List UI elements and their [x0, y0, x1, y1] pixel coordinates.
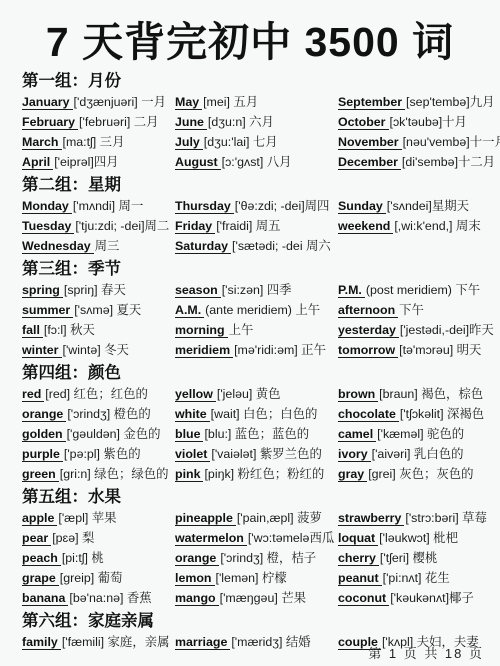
- word-entry: October[ɔk'təubə]十月: [338, 112, 500, 132]
- word-column: red[red] 红色；红色的orange['ɔrindʒ] 橙色的golden…: [22, 384, 175, 484]
- group-heading: 第一组：月份: [22, 72, 494, 91]
- word-entry: violet['vaiələt] 紫罗兰色的: [175, 444, 338, 464]
- word-entry: brown[braun] 褐色，棕色: [338, 384, 494, 404]
- group-section: 第一组：月份January['dʒænjuəri] 一月February['fe…: [22, 72, 494, 172]
- page-title: 7 天背完初中 3500 词: [0, 0, 500, 68]
- word-text: April: [22, 155, 53, 170]
- word-details: ['jeləu] 黄色: [217, 387, 281, 401]
- word-details: ['ɔrindʒ] 橙，桔子: [220, 551, 316, 565]
- word-entry: golden['gəuldən] 金色的: [22, 424, 175, 444]
- word-column: family['fæmili] 家庭，亲属: [22, 632, 175, 652]
- word-entry: season['si:zən] 四季: [175, 280, 338, 300]
- word-entry: chocolate['tʃɔkəlit] 深褐色: [338, 404, 494, 424]
- word-text: camel: [338, 427, 376, 442]
- word-text: brown: [338, 387, 378, 402]
- word-details: [pɛə] 梨: [52, 531, 94, 545]
- word-entry: yesterday['jestədi,-dei]昨天: [338, 320, 494, 340]
- word-text: mango: [175, 591, 219, 606]
- word-text: spring: [22, 283, 63, 298]
- word-entry: February['februəri] 二月: [22, 112, 175, 132]
- word-details: [grei] 灰色；灰色的: [368, 467, 473, 481]
- word-details: ['strɔ:bəri] 草莓: [405, 511, 487, 525]
- word-details: (ante meridiem) 上午: [205, 303, 320, 317]
- word-details: ['æpl] 苹果: [58, 511, 116, 525]
- word-details: [piŋk] 粉红色；粉红的: [204, 467, 324, 481]
- word-details: [braun] 褐色，棕色: [379, 387, 483, 401]
- word-text: Wednesday: [22, 239, 94, 254]
- word-text: winter: [22, 343, 62, 358]
- word-entry: mango['mæŋgəu] 芒果: [175, 588, 338, 608]
- word-text: peanut: [338, 571, 382, 586]
- word-text: green: [22, 467, 59, 482]
- word-text: purple: [22, 447, 63, 462]
- word-details: (post meridiem) 下午: [366, 283, 480, 297]
- group-section: 第三组：季节spring[spriŋ] 春天summer['sʌmə] 夏天fa…: [22, 260, 494, 360]
- word-column: apple['æpl] 苹果pear[pɛə] 梨peach[pi:tʃ] 桃g…: [22, 508, 175, 608]
- word-text: May: [175, 95, 202, 110]
- group-heading: 第四组：颜色: [22, 364, 494, 383]
- word-details: ['mæŋgəu] 芒果: [220, 591, 306, 605]
- word-text: June: [175, 115, 207, 130]
- word-entry: peach[pi:tʃ] 桃: [22, 548, 175, 568]
- word-text: morning: [175, 323, 228, 338]
- word-text: meridiem: [175, 343, 233, 358]
- word-text: marriage: [175, 635, 230, 650]
- word-text: yesterday: [338, 323, 399, 338]
- word-text: Tuesday: [22, 219, 74, 234]
- word-text: coconut: [338, 591, 389, 606]
- word-entry: spring[spriŋ] 春天: [22, 280, 175, 300]
- word-details: ['gəuldən] 金色的: [67, 427, 161, 441]
- word-text: Friday: [175, 219, 215, 234]
- word-entry: blue[blu:] 蓝色；蓝色的: [175, 424, 338, 444]
- word-entry: March[ma:tʃ] 三月: [22, 132, 175, 152]
- word-details: ['wintə] 冬天: [63, 343, 129, 357]
- word-text: yellow: [175, 387, 216, 402]
- group-section: 第四组：颜色red[red] 红色；红色的orange['ɔrindʒ] 橙色的…: [22, 364, 494, 484]
- word-entry: green[gri:n] 绿色；绿色的: [22, 464, 175, 484]
- word-text: violet: [175, 447, 210, 462]
- group-heading: 第六组：家庭亲属: [22, 612, 494, 631]
- word-details: ['februəri] 二月: [79, 115, 159, 129]
- word-details: ['mæridʒ] 结婚: [231, 635, 310, 649]
- word-text: loquat: [338, 531, 378, 546]
- word-entry: August[ɔ:'gʌst] 八月: [175, 152, 338, 172]
- group-section: 第五组：水果apple['æpl] 苹果pear[pɛə] 梨peach[pi:…: [22, 488, 494, 608]
- word-entry: Tuesday['tju:zdi; -dei]周二: [22, 216, 175, 236]
- group-columns: January['dʒænjuəri] 一月February['februəri…: [22, 92, 494, 172]
- word-text: P.M.: [338, 283, 365, 298]
- word-text: A.M.: [175, 303, 204, 318]
- page-number: 第 1 页 共 18 页: [368, 643, 484, 662]
- word-text: Saturday: [175, 239, 231, 254]
- word-text: afternoon: [338, 303, 398, 318]
- word-text: orange: [175, 551, 219, 566]
- word-details: [ɔk'təubə]十月: [390, 115, 467, 129]
- word-entry: pear[pɛə] 梨: [22, 528, 175, 548]
- word-details: ['eiprəl]四月: [54, 155, 118, 169]
- word-details: [tə'mɔrəu] 明天: [399, 343, 481, 357]
- word-entry: purple['pə:pl] 紫色的: [22, 444, 175, 464]
- word-details: ['pi:nʌt] 花生: [383, 571, 450, 585]
- word-column: spring[spriŋ] 春天summer['sʌmə] 夏天fall[fɔ:…: [22, 280, 175, 360]
- word-text: strawberry: [338, 511, 404, 526]
- word-details: ['jestədi,-dei]昨天: [400, 323, 494, 337]
- word-entry: family['fæmili] 家庭，亲属: [22, 632, 175, 652]
- word-text: banana: [22, 591, 68, 606]
- word-details: [spriŋ] 春天: [64, 283, 126, 297]
- word-entry: Sunday['sʌndei]星期天: [338, 196, 494, 216]
- word-text: grape: [22, 571, 59, 586]
- word-details: ['sætədi; -dei 周六: [232, 239, 331, 253]
- word-details: [pi:tʃ] 桃: [62, 551, 104, 565]
- word-details: ['tʃeri] 樱桃: [380, 551, 437, 565]
- word-text: red: [22, 387, 44, 402]
- word-entry: camel['kæməl] 驼色的: [338, 424, 494, 444]
- word-text: fall: [22, 323, 43, 338]
- word-details: ['sʌmə] 夏天: [74, 303, 141, 317]
- group-section: 第二组：星期Monday['mʌndi] 周一Tuesday['tju:zdi;…: [22, 176, 494, 256]
- word-entry: summer['sʌmə] 夏天: [22, 300, 175, 320]
- word-text: watermelon: [175, 531, 247, 546]
- word-text: white: [175, 407, 210, 422]
- word-details: [mei] 五月: [203, 95, 258, 109]
- word-column: Thursday['θə:zdi; -dei]周四Friday['fraidi]…: [175, 196, 338, 256]
- word-groups: 第一组：月份January['dʒænjuəri] 一月February['fe…: [0, 72, 500, 652]
- word-entry: morning上午: [175, 320, 338, 340]
- word-entry: Wednesday周三: [22, 236, 175, 256]
- word-entry: Saturday['sætədi; -dei 周六: [175, 236, 338, 256]
- word-entry: gray[grei] 灰色；灰色的: [338, 464, 494, 484]
- word-text: November: [338, 135, 402, 150]
- word-text: February: [22, 115, 78, 130]
- word-column: strawberry['strɔ:bəri] 草莓loquat['ləukwɔt…: [338, 508, 494, 608]
- word-entry: banana[bə'na:nə] 香蕉: [22, 588, 175, 608]
- word-details: 周三: [95, 239, 120, 253]
- word-entry: peanut['pi:nʌt] 花生: [338, 568, 494, 588]
- word-entry: grape[greip] 葡萄: [22, 568, 175, 588]
- word-text: weekend: [338, 219, 393, 234]
- word-text: ivory: [338, 447, 371, 462]
- word-text: September: [338, 95, 405, 110]
- word-entry: cherry['tʃeri] 樱桃: [338, 548, 494, 568]
- word-text: summer: [22, 303, 73, 318]
- word-entry: A.M.(ante meridiem) 上午: [175, 300, 338, 320]
- word-details: [mə'ridi:əm] 正午: [234, 343, 326, 357]
- word-entry: December[di'sembə]十二月: [338, 152, 500, 172]
- group-heading: 第三组：季节: [22, 260, 494, 279]
- word-details: [gri:n] 绿色；绿色的: [60, 467, 169, 481]
- word-text: December: [338, 155, 401, 170]
- word-entry: apple['æpl] 苹果: [22, 508, 175, 528]
- word-details: [greip] 葡萄: [60, 571, 123, 585]
- word-details: ['ɔrindʒ] 橙色的: [67, 407, 150, 421]
- word-entry: P.M.(post meridiem) 下午: [338, 280, 494, 300]
- group-heading: 第二组：星期: [22, 176, 494, 195]
- word-text: July: [175, 135, 203, 150]
- group-heading: 第五组：水果: [22, 488, 494, 507]
- word-text: gray: [338, 467, 367, 482]
- word-entry: weekend[,wi:k'end,] 周末: [338, 216, 494, 236]
- word-entry: strawberry['strɔ:bəri] 草莓: [338, 508, 494, 528]
- word-details: ['tju:zdi; -dei]周二: [75, 219, 169, 233]
- word-details: [blu:] 蓝色；蓝色的: [204, 427, 309, 441]
- word-entry: tomorrow[tə'mɔrəu] 明天: [338, 340, 494, 360]
- word-column: Sunday['sʌndei]星期天weekend[,wi:k'end,] 周末: [338, 196, 494, 256]
- word-text: season: [175, 283, 221, 298]
- word-details: ['vaiələt] 紫罗兰色的: [211, 447, 321, 461]
- word-text: Thursday: [175, 199, 234, 214]
- word-details: ['fraidi] 周五: [216, 219, 280, 233]
- group-columns: Monday['mʌndi] 周一Tuesday['tju:zdi; -dei]…: [22, 196, 494, 256]
- word-text: orange: [22, 407, 66, 422]
- word-entry: Thursday['θə:zdi; -dei]周四: [175, 196, 338, 216]
- group-columns: spring[spriŋ] 春天summer['sʌmə] 夏天fall[fɔ:…: [22, 280, 494, 360]
- word-details: ['mʌndi] 周一: [73, 199, 144, 213]
- word-entry: September[sep'tembə]九月: [338, 92, 500, 112]
- word-text: blue: [175, 427, 203, 442]
- word-column: January['dʒænjuəri] 一月February['februəri…: [22, 92, 175, 172]
- word-details: [dʒu:'lai] 七月: [204, 135, 278, 149]
- word-details: [fɔ:l] 秋天: [44, 323, 95, 337]
- word-entry: June[dʒu:n] 六月: [175, 112, 338, 132]
- word-entry: Monday['mʌndi] 周一: [22, 196, 175, 216]
- word-details: ['dʒænjuəri] 一月: [74, 95, 166, 109]
- word-text: pear: [22, 531, 51, 546]
- word-entry: Friday['fraidi] 周五: [175, 216, 338, 236]
- word-text: apple: [22, 511, 57, 526]
- word-entry: watermelon['wɔ:təmelə西瓜: [175, 528, 338, 548]
- group-columns: red[red] 红色；红色的orange['ɔrindʒ] 橙色的golden…: [22, 384, 494, 484]
- word-text: March: [22, 135, 62, 150]
- word-details: ['fæmili] 家庭，亲属: [62, 635, 170, 649]
- word-text: January: [22, 95, 73, 110]
- word-details: [wait] 白色；白色的: [211, 407, 318, 421]
- word-details: ['sʌndei]星期天: [387, 199, 469, 213]
- word-entry: April['eiprəl]四月: [22, 152, 175, 172]
- vocabulary-page: 7 天背完初中 3500 词 第一组：月份January['dʒænjuəri]…: [0, 0, 500, 666]
- word-column: P.M.(post meridiem) 下午afternoon下午yesterd…: [338, 280, 494, 360]
- word-details: ['kæməl] 驼色的: [377, 427, 464, 441]
- word-column: season['si:zən] 四季A.M.(ante meridiem) 上午…: [175, 280, 338, 360]
- word-column: brown[braun] 褐色，棕色chocolate['tʃɔkəlit] 深…: [338, 384, 494, 484]
- word-entry: orange['ɔrindʒ] 橙，桔子: [175, 548, 338, 568]
- word-text: peach: [22, 551, 61, 566]
- word-details: ['aivəri] 乳白色的: [372, 447, 464, 461]
- word-text: August: [175, 155, 221, 170]
- word-entry: pink[piŋk] 粉红色；粉红的: [175, 464, 338, 484]
- word-details: ['lemən] 柠檬: [216, 571, 287, 585]
- word-text: cherry: [338, 551, 379, 566]
- word-details: 下午: [399, 303, 424, 317]
- word-column: September[sep'tembə]九月October[ɔk'təubə]十…: [338, 92, 500, 172]
- word-text: October: [338, 115, 389, 130]
- word-column: pineapple['pain,æpl] 菠萝watermelon['wɔ:tə…: [175, 508, 338, 608]
- word-entry: coconut['kəukənʌt]椰子: [338, 588, 494, 608]
- word-entry: May[mei] 五月: [175, 92, 338, 112]
- word-details: [ɔ:'gʌst] 八月: [222, 155, 292, 169]
- word-entry: pineapple['pain,æpl] 菠萝: [175, 508, 338, 528]
- word-details: [dʒu:n] 六月: [208, 115, 274, 129]
- word-column: yellow['jeləu] 黄色white[wait] 白色；白色的blue[…: [175, 384, 338, 484]
- word-details: 上午: [229, 323, 254, 337]
- word-text: pink: [175, 467, 203, 482]
- word-text: chocolate: [338, 407, 399, 422]
- word-details: ['ləukwɔt] 枇杷: [379, 531, 458, 545]
- word-entry: fall[fɔ:l] 秋天: [22, 320, 175, 340]
- word-column: May[mei] 五月June[dʒu:n] 六月July[dʒu:'lai] …: [175, 92, 338, 172]
- word-details: [ma:tʃ] 三月: [63, 135, 125, 149]
- word-entry: red[red] 红色；红色的: [22, 384, 175, 404]
- word-details: ['si:zən] 四季: [222, 283, 292, 297]
- word-details: [sep'tembə]九月: [406, 95, 494, 109]
- word-column: marriage['mæridʒ] 结婚: [175, 632, 338, 652]
- word-entry: loquat['ləukwɔt] 枇杷: [338, 528, 494, 548]
- group-columns: apple['æpl] 苹果pear[pɛə] 梨peach[pi:tʃ] 桃g…: [22, 508, 494, 608]
- word-details: [nəu'vembə]十一月: [403, 135, 500, 149]
- word-details: ['kəukənʌt]椰子: [390, 591, 474, 605]
- word-column: Monday['mʌndi] 周一Tuesday['tju:zdi; -dei]…: [22, 196, 175, 256]
- word-text: tomorrow: [338, 343, 398, 358]
- word-text: lemon: [175, 571, 215, 586]
- word-entry: winter['wintə] 冬天: [22, 340, 175, 360]
- word-details: ['wɔ:təmelə西瓜: [248, 531, 334, 545]
- word-details: [,wi:k'end,] 周末: [394, 219, 480, 233]
- word-entry: November[nəu'vembə]十一月: [338, 132, 500, 152]
- word-entry: marriage['mæridʒ] 结婚: [175, 632, 338, 652]
- word-details: ['tʃɔkəlit] 深褐色: [400, 407, 484, 421]
- word-details: [bə'na:nə] 香蕉: [69, 591, 151, 605]
- word-entry: white[wait] 白色；白色的: [175, 404, 338, 424]
- word-entry: meridiem[mə'ridi:əm] 正午: [175, 340, 338, 360]
- word-entry: January['dʒænjuəri] 一月: [22, 92, 175, 112]
- word-details: [di'sembə]十二月: [402, 155, 495, 169]
- word-entry: yellow['jeləu] 黄色: [175, 384, 338, 404]
- word-entry: July[dʒu:'lai] 七月: [175, 132, 338, 152]
- word-text: golden: [22, 427, 66, 442]
- word-text: Monday: [22, 199, 72, 214]
- word-entry: lemon['lemən] 柠檬: [175, 568, 338, 588]
- word-details: ['pain,æpl] 菠萝: [237, 511, 322, 525]
- word-text: family: [22, 635, 61, 650]
- word-details: [red] 红色；红色的: [45, 387, 148, 401]
- word-entry: afternoon下午: [338, 300, 494, 320]
- word-entry: ivory['aivəri] 乳白色的: [338, 444, 494, 464]
- word-text: pineapple: [175, 511, 236, 526]
- word-details: ['θə:zdi; -dei]周四: [235, 199, 330, 213]
- word-details: ['pə:pl] 紫色的: [64, 447, 141, 461]
- word-entry: orange['ɔrindʒ] 橙色的: [22, 404, 175, 424]
- word-text: Sunday: [338, 199, 386, 214]
